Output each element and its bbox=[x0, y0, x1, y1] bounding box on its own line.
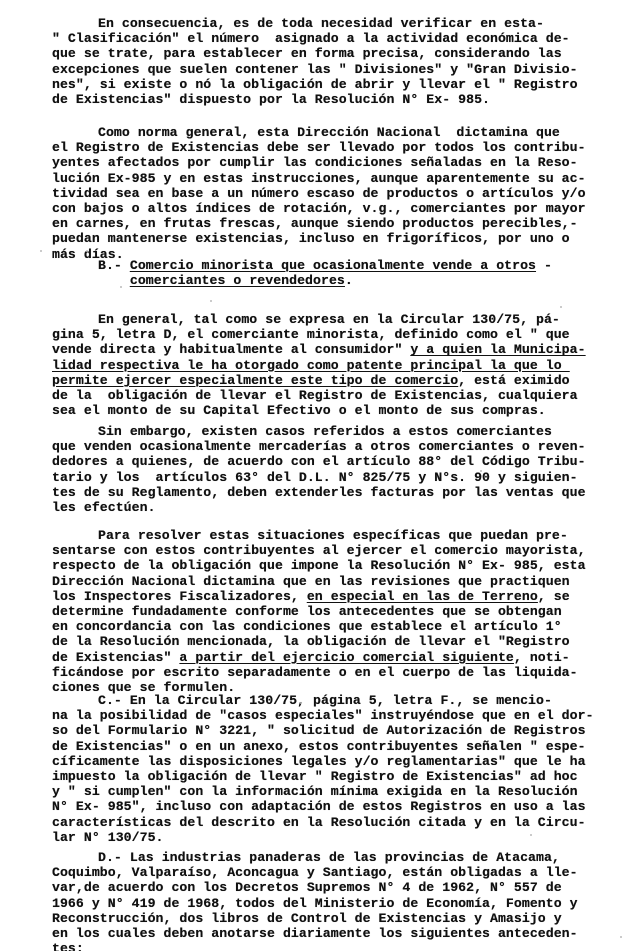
text-run: gina 5, letra D, el comerciante minorist… bbox=[52, 327, 570, 342]
text-line: lidad respectiva le ha otorgado como pat… bbox=[52, 358, 570, 374]
text-line: les efectúen. bbox=[52, 500, 156, 516]
text-run: var,de acuerdo con los Decretos Supremos… bbox=[52, 880, 562, 895]
text-line: tario y los artículos 63° del D.L. N° 82… bbox=[52, 470, 578, 486]
underlined-text: en especial en las de Terreno bbox=[307, 589, 538, 604]
scan-speck bbox=[40, 250, 42, 252]
text-line: na la posibilidad de "casos especiales" … bbox=[52, 708, 594, 724]
text-run: Sin embargo, existen casos referidos a e… bbox=[98, 424, 552, 439]
text-run: Para resolver estas situaciones específi… bbox=[98, 528, 568, 543]
text-line: var,de acuerdo con los Decretos Supremos… bbox=[52, 880, 562, 896]
text-line: puedan mantenerse existencias, incluso e… bbox=[52, 231, 570, 247]
text-line: de la obligación de llevar el Registro d… bbox=[52, 388, 578, 404]
text-line: comerciantes o revendedores. bbox=[98, 273, 353, 289]
text-line: sea el monto de su Capital Efectivo o el… bbox=[52, 403, 546, 419]
scan-speck bbox=[120, 286, 122, 288]
text-run: determine fundadamente conforme los ante… bbox=[52, 604, 562, 619]
text-run: Reconstrucción, dos libros de Control de… bbox=[52, 911, 562, 926]
text-run: dedores a quienes, de acuerdo con el art… bbox=[52, 454, 586, 469]
text-line: tividad sea en base a un número escaso d… bbox=[52, 186, 586, 202]
underlined-text: a partir del ejercicio comercial siguien… bbox=[179, 650, 513, 665]
text-run: de Existencias" bbox=[52, 650, 179, 665]
text-run bbox=[98, 273, 130, 288]
text-run: características del descrito en la Resol… bbox=[52, 815, 586, 830]
text-line: que se trate, para establecer en forma p… bbox=[52, 46, 562, 62]
text-run: En consecuencia, es de toda necesidad ve… bbox=[98, 16, 544, 31]
text-run: na la posibilidad de "casos especiales" … bbox=[52, 708, 594, 723]
text-run: D.- Las industrias panaderas de las prov… bbox=[98, 850, 560, 865]
text-line: en carnes, en frutas frescas, aunque sie… bbox=[52, 216, 578, 232]
text-line: so del Formulario N° 3221, " solicitud d… bbox=[52, 723, 586, 739]
text-line: Sin embargo, existen casos referidos a e… bbox=[98, 424, 552, 440]
text-run: en concordancia con las condiciones que … bbox=[52, 619, 562, 634]
text-run: , está eximido bbox=[458, 373, 570, 388]
text-run: que venden ocasionalmente mercaderías a … bbox=[52, 439, 586, 454]
scan-speck bbox=[250, 392, 252, 394]
text-line: C.- En la Circular 130/75, página 5, let… bbox=[98, 693, 552, 709]
scan-speck bbox=[560, 306, 562, 308]
text-run: los Inspectores Fiscalizadores, bbox=[52, 589, 307, 604]
text-line: de Existencias" dispuesto por la Resoluc… bbox=[52, 92, 490, 108]
text-run: N° Ex- 985", incluso con adaptación de e… bbox=[52, 799, 586, 814]
text-line: Para resolver estas situaciones específi… bbox=[98, 528, 568, 544]
text-run: yentes afectados por cumplir las condici… bbox=[52, 155, 578, 170]
text-line: " Clasificación" el número asignado a la… bbox=[52, 31, 570, 47]
text-run: de la Resolución mencionada, la obligaci… bbox=[52, 634, 570, 649]
text-line: de la Resolución mencionada, la obligaci… bbox=[52, 634, 570, 650]
underlined-text: lidad respectiva le ha otorgado como pat… bbox=[52, 358, 570, 373]
underlined-text: tes: bbox=[52, 941, 84, 951]
text-run: tario y los artículos 63° del D.L. N° 82… bbox=[52, 470, 578, 485]
text-line: nes", si existe o nó la obligación de ab… bbox=[52, 77, 578, 93]
text-run: 1966 y N° 419 de 1968, todos del Ministe… bbox=[52, 896, 578, 911]
text-run: tividad sea en base a un número escaso d… bbox=[52, 186, 586, 201]
text-line: En consecuencia, es de toda necesidad ve… bbox=[98, 16, 544, 32]
text-run: nes", si existe o nó la obligación de ab… bbox=[52, 77, 578, 92]
text-line: características del descrito en la Resol… bbox=[52, 815, 586, 831]
underlined-text: Comercio minorista que ocasionalmente ve… bbox=[130, 258, 536, 273]
text-run: puedan mantenerse existencias, incluso e… bbox=[52, 231, 570, 246]
text-line: tes de su Reglamento, deben extenderles … bbox=[52, 485, 586, 501]
scan-speck bbox=[530, 834, 532, 836]
text-run: vende directa y habitualmente al consumi… bbox=[52, 342, 410, 357]
text-run: , se bbox=[538, 589, 570, 604]
text-line: yentes afectados por cumplir las condici… bbox=[52, 155, 578, 171]
text-run: les efectúen. bbox=[52, 500, 156, 515]
text-line: impuesto la obligación de llevar " Regis… bbox=[52, 769, 578, 785]
text-run: ficándose por escrito separadamente o en… bbox=[52, 665, 578, 680]
text-line: Reconstrucción, dos libros de Control de… bbox=[52, 911, 562, 927]
text-line: Dirección Nacional dictamina que en las … bbox=[52, 574, 570, 590]
text-run: el Registro de Existencias debe ser llev… bbox=[52, 140, 586, 155]
text-run: " Clasificación" el número asignado a la… bbox=[52, 31, 570, 46]
text-line: que venden ocasionalmente mercaderías a … bbox=[52, 439, 586, 455]
text-line: N° Ex- 985", incluso con adaptación de e… bbox=[52, 799, 586, 815]
scan-speck bbox=[86, 250, 88, 252]
underlined-text: permite ejercer especialmente este tipo … bbox=[52, 373, 458, 388]
text-run: - bbox=[536, 258, 552, 273]
underlined-text: y a quien la Municipa- bbox=[410, 342, 585, 357]
text-run: en carnes, en frutas frescas, aunque sie… bbox=[52, 216, 578, 231]
text-line: determine fundadamente conforme los ante… bbox=[52, 604, 562, 620]
text-run: Coquimbo, Valparaíso, Aconcagua y Santia… bbox=[52, 865, 578, 880]
text-line: lución Ex-985 y en estas instrucciones, … bbox=[52, 171, 586, 187]
scan-speck bbox=[418, 206, 420, 208]
text-line: sentarse con estos contribuyentes al eje… bbox=[52, 543, 586, 559]
scan-speck bbox=[620, 936, 622, 938]
document-page: En consecuencia, es de toda necesidad ve… bbox=[0, 0, 630, 951]
text-line: en concordancia con las condiciones que … bbox=[52, 619, 562, 635]
text-run: sentarse con estos contribuyentes al eje… bbox=[52, 543, 586, 558]
text-line: excepciones que suelen contener las " Di… bbox=[52, 62, 578, 78]
text-line: dedores a quienes, de acuerdo con el art… bbox=[52, 454, 586, 470]
text-line: permite ejercer especialmente este tipo … bbox=[52, 373, 570, 389]
text-run: con bajos o altos índices de rotación, v… bbox=[52, 201, 586, 216]
text-run: sea el monto de su Capital Efectivo o el… bbox=[52, 403, 546, 418]
text-run: B.- bbox=[98, 258, 130, 273]
text-line: tes: bbox=[52, 941, 84, 951]
scan-speck bbox=[300, 702, 302, 704]
text-line: respecto de la obligación que impone la … bbox=[52, 558, 586, 574]
text-run: Dirección Nacional dictamina que en las … bbox=[52, 574, 570, 589]
text-run: cíficamente las disposiciones legales y/… bbox=[52, 754, 586, 769]
text-line: gina 5, letra D, el comerciante minorist… bbox=[52, 327, 570, 343]
text-run: que se trate, para establecer en forma p… bbox=[52, 46, 562, 61]
text-line: B.- Comercio minorista que ocasionalment… bbox=[98, 258, 552, 274]
text-line: ficándose por escrito separadamente o en… bbox=[52, 665, 578, 681]
text-run: lar N° 130/75. bbox=[52, 830, 164, 845]
text-line: con bajos o altos índices de rotación, v… bbox=[52, 201, 586, 217]
text-run: . bbox=[345, 273, 353, 288]
text-line: el Registro de Existencias debe ser llev… bbox=[52, 140, 586, 156]
scan-speck bbox=[480, 470, 482, 472]
underlined-text: comerciantes o revendedores bbox=[130, 273, 345, 288]
text-line: vende directa y habitualmente al consumi… bbox=[52, 342, 586, 358]
text-line: de Existencias" a partir del ejercicio c… bbox=[52, 650, 570, 666]
text-line: de Existencias" o en un anexo, estos con… bbox=[52, 739, 586, 755]
text-run: tes de su Reglamento, deben extenderles … bbox=[52, 485, 586, 500]
text-line: D.- Las industrias panaderas de las prov… bbox=[98, 850, 560, 866]
text-line: y " si cumplen" con la información mínim… bbox=[52, 784, 578, 800]
text-run: en los cuales deben anotarse diariamente… bbox=[52, 926, 578, 941]
text-run: Como norma general, esta Dirección Nacio… bbox=[98, 125, 560, 140]
text-line: Como norma general, esta Dirección Nacio… bbox=[98, 125, 560, 141]
text-run: , noti- bbox=[514, 650, 570, 665]
text-run: excepciones que suelen contener las " Di… bbox=[52, 62, 578, 77]
text-run: y " si cumplen" con la información mínim… bbox=[52, 784, 578, 799]
text-run: impuesto la obligación de llevar " Regis… bbox=[52, 769, 578, 784]
text-line: cíficamente las disposiciones legales y/… bbox=[52, 754, 586, 770]
text-run: de Existencias" o en un anexo, estos con… bbox=[52, 739, 586, 754]
text-line: lar N° 130/75. bbox=[52, 830, 164, 846]
text-run: En general, tal como se expresa en la Ci… bbox=[98, 312, 560, 327]
text-run: so del Formulario N° 3221, " solicitud d… bbox=[52, 723, 586, 738]
text-line: 1966 y N° 419 de 1968, todos del Ministe… bbox=[52, 896, 578, 912]
text-run: respecto de la obligación que impone la … bbox=[52, 558, 586, 573]
text-line: en los cuales deben anotarse diariamente… bbox=[52, 926, 578, 942]
text-run: lución Ex-985 y en estas instrucciones, … bbox=[52, 171, 586, 186]
text-line: Coquimbo, Valparaíso, Aconcagua y Santia… bbox=[52, 865, 578, 881]
text-line: los Inspectores Fiscalizadores, en espec… bbox=[52, 589, 570, 605]
text-run: de la obligación de llevar el Registro d… bbox=[52, 388, 578, 403]
text-run: de Existencias" dispuesto por la Resoluc… bbox=[52, 92, 490, 107]
text-line: En general, tal como se expresa en la Ci… bbox=[98, 312, 560, 328]
text-run: C.- En la Circular 130/75, página 5, let… bbox=[98, 693, 552, 708]
scan-speck bbox=[210, 300, 212, 302]
